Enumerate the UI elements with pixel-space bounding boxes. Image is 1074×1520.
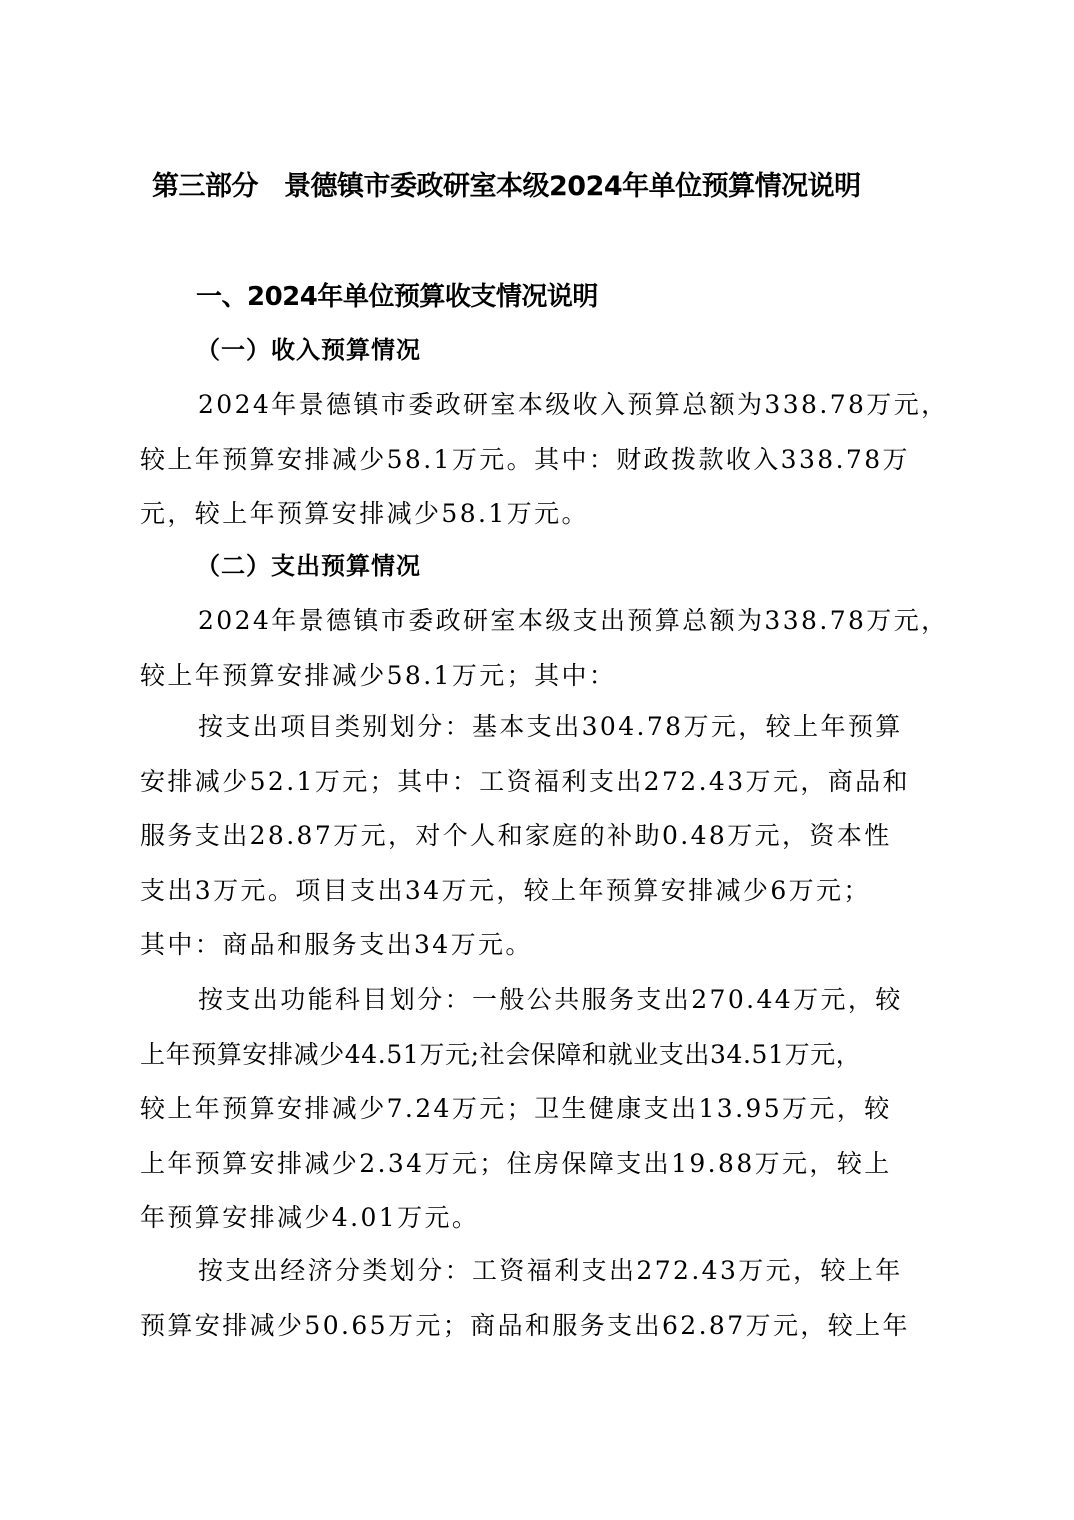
text-line: 上年预算安排减少2.34万元；住房保障支出19.88万元，较上	[140, 1144, 940, 1199]
expenditure-by-project-category: 按支出项目类别划分：基本支出304.78万元，较上年预算 安排减少52.1万元；…	[140, 707, 940, 980]
expenditure-by-economic-class: 按支出经济分类划分：工资福利支出272.43万元，较上年 预算安排减少50.65…	[140, 1251, 940, 1360]
text-line: 元，较上年预算安排减少58.1万元。	[140, 494, 940, 549]
subsection-heading-expenditure: （二）支出预算情况	[196, 546, 421, 586]
expenditure-by-function: 按支出功能科目划分：一般公共服务支出270.44万元，较 上年预算安排减少44.…	[140, 980, 940, 1253]
text-line: 较上年预算安排减少58.1万元；其中：	[140, 656, 940, 711]
text-line: 上年预算安排减少44.51万元;社会保障和就业支出34.51万元，	[140, 1035, 940, 1090]
income-paragraph: 2024年景德镇市委政研室本级收入预算总额为338.78万元， 较上年预算安排减…	[140, 385, 940, 549]
title-main: 景德镇市委政研室本级2024年单位预算情况说明	[284, 171, 861, 202]
text-line: 较上年预算安排减少7.24万元；卫生健康支出13.95万元，较	[140, 1089, 940, 1144]
subsection-heading-income: （一）收入预算情况	[196, 330, 421, 370]
text-line: 预算安排减少50.65万元；商品和服务支出62.87万元，较上年	[140, 1306, 940, 1361]
text-line: 按支出经济分类划分：工资福利支出272.43万元，较上年	[140, 1251, 940, 1306]
expenditure-paragraph-1: 2024年景德镇市委政研室本级支出预算总额为338.78万元， 较上年预算安排减…	[140, 601, 940, 710]
page-title: 第三部分景德镇市委政研室本级2024年单位预算情况说明	[152, 167, 932, 207]
text-line: 较上年预算安排减少58.1万元。其中：财政拨款收入338.78万	[140, 440, 940, 495]
text-line: 按支出功能科目划分：一般公共服务支出270.44万元，较	[140, 980, 940, 1035]
text-line: 安排减少52.1万元；其中：工资福利支出272.43万元，商品和	[140, 762, 940, 817]
text-line: 其中：商品和服务支出34万元。	[140, 925, 940, 980]
text-line: 年预算安排减少4.01万元。	[140, 1198, 940, 1253]
text-line: 按支出项目类别划分：基本支出304.78万元，较上年预算	[140, 707, 940, 762]
title-part: 第三部分	[152, 171, 258, 202]
text-line: 2024年景德镇市委政研室本级支出预算总额为338.78万元，	[140, 601, 940, 656]
section-heading-1: 一、2024年单位预算收支情况说明	[196, 277, 598, 317]
text-line: 2024年景德镇市委政研室本级收入预算总额为338.78万元，	[140, 385, 940, 440]
text-line: 服务支出28.87万元，对个人和家庭的补助0.48万元，资本性	[140, 816, 940, 871]
document-page: 第三部分景德镇市委政研室本级2024年单位预算情况说明 一、2024年单位预算收…	[0, 0, 1074, 1520]
text-line: 支出3万元。项目支出34万元，较上年预算安排减少6万元；	[140, 871, 940, 926]
